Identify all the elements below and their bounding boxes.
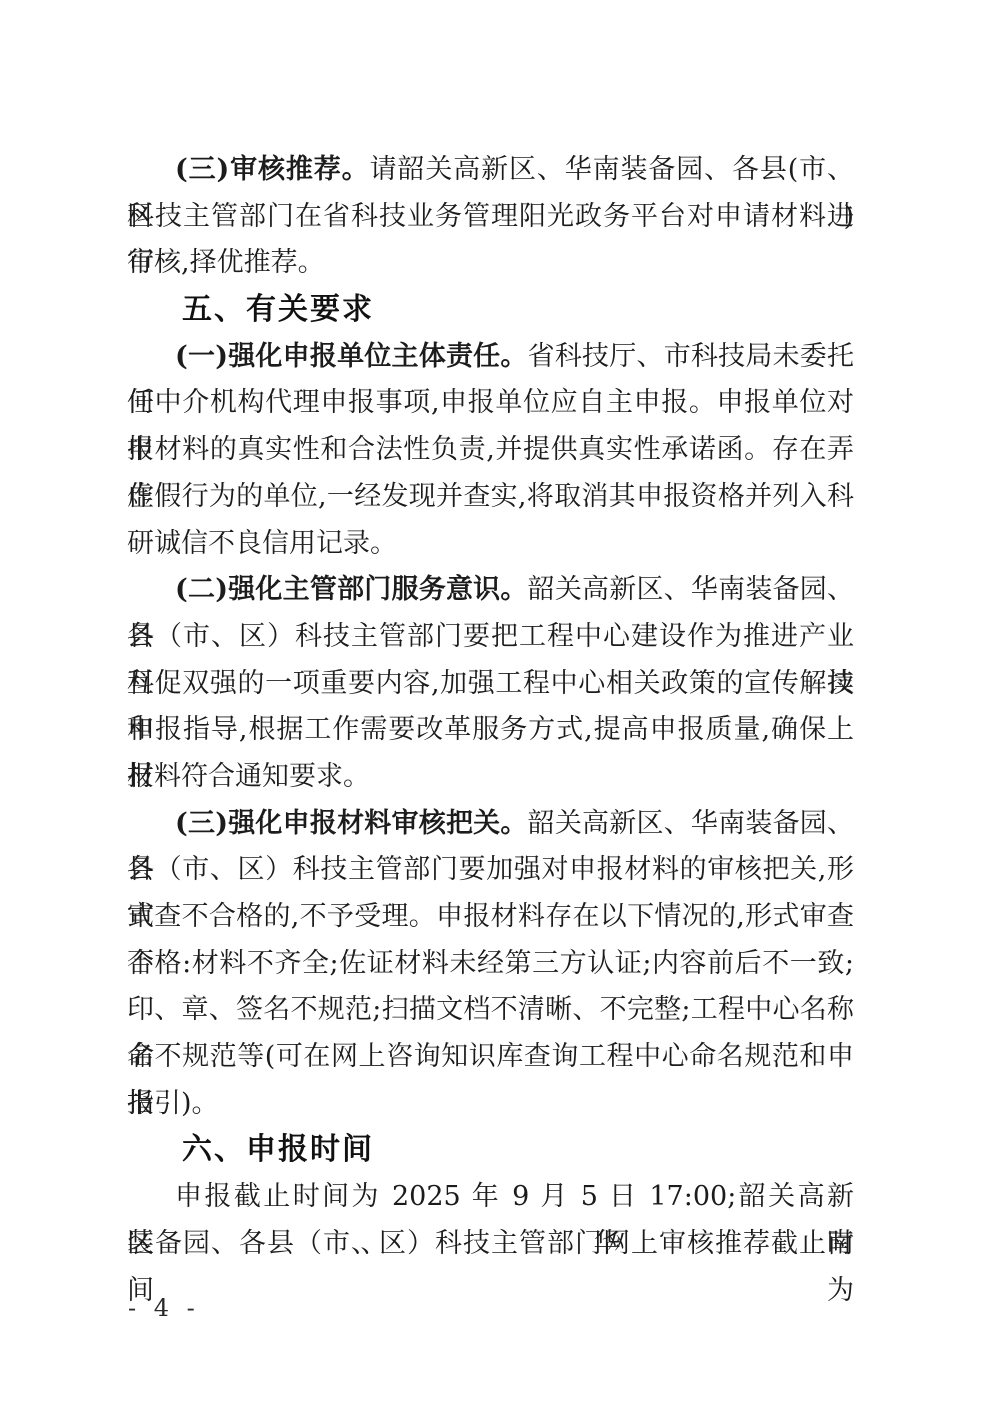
para-line: 名不规范等(可在网上咨询知识库查询工程中心命名规范和申报 xyxy=(127,1034,854,1081)
para-line: (三)审核推荐。请韶关高新区、华南装备园、各县(市、区) xyxy=(127,147,854,194)
para-line: 县（市、区）科技主管部门要把工程中心建设作为推进产业科技 xyxy=(127,614,854,661)
section-heading: 五、有关要求 xyxy=(127,287,854,334)
para-line: 申报指导,根据工作需要改革服务方式,提高申报质量,确保上报 xyxy=(127,707,854,754)
para-line: 科技主管部门在省科技业务管理阳光政务平台对申请材料进行 xyxy=(127,194,854,241)
para-line: 材料符合通知要求。 xyxy=(127,754,854,801)
para-line: 审核,择优推荐。 xyxy=(127,240,854,287)
section-heading: 六、申报时间 xyxy=(127,1127,854,1174)
para-line: 合格:材料不齐全;佐证材料未经第三方认证;内容前后不一致; xyxy=(127,941,854,988)
para-line: (一)强化申报单位主体责任。省科技厅、市科技局未委托任 xyxy=(127,334,854,381)
para-line: 互促双强的一项重要内容,加强工程中心相关政策的宣传解读和 xyxy=(127,661,854,708)
lead-in: (三)审核推荐。 xyxy=(175,154,370,185)
page-number: - 4 - xyxy=(128,1294,197,1322)
document-page: (三)审核推荐。请韶关高新区、华南装备园、各县(市、区) 科技主管部门在省科技业… xyxy=(0,0,992,1403)
para-line: 作假行为的单位,一经发现并查实,将取消其申报资格并列入科 xyxy=(127,474,854,521)
lead-in: (二)强化主管部门服务意识。 xyxy=(175,574,528,605)
lead-in: (三)强化申报材料审核把关。 xyxy=(175,808,528,839)
para-line: 指引)。 xyxy=(127,1081,854,1128)
para-line: 装备园、各县（市、区）科技主管部门网上审核推荐截止时间为 xyxy=(127,1221,854,1268)
para-line: 审查不合格的,不予受理。申报材料存在以下情况的,形式审查不 xyxy=(127,894,854,941)
lead-in: (一)强化申报单位主体责任。 xyxy=(175,341,528,372)
para-line: 县（市、区）科技主管部门要加强对申报材料的审核把关,形式 xyxy=(127,847,854,894)
para-line: 报材料的真实性和合法性负责,并提供真实性承诺函。存在弄虚 xyxy=(127,427,854,474)
para-line: 何中介机构代理申报事项,申报单位应自主申报。申报单位对申 xyxy=(127,380,854,427)
document-body: (三)审核推荐。请韶关高新区、华南装备园、各县(市、区) 科技主管部门在省科技业… xyxy=(127,147,854,1268)
para-line: (三)强化申报材料审核把关。韶关高新区、华南装备园、各 xyxy=(127,801,854,848)
para-line: 研诚信不良信用记录。 xyxy=(127,521,854,568)
para-line: 印、章、签名不规范;扫描文档不清晰、不完整;工程中心名称命 xyxy=(127,987,854,1034)
para-line: 申报截止时间为 2025 年 9 月 5 日 17:00;韶关高新区、华南 xyxy=(127,1174,854,1221)
para-line: (二)强化主管部门服务意识。韶关高新区、华南装备园、各 xyxy=(127,567,854,614)
